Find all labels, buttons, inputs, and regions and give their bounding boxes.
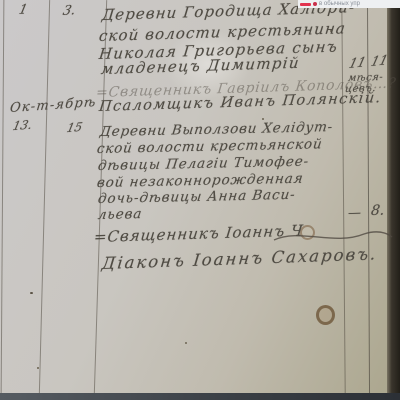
watermark-strip: в обычных упр [298, 0, 400, 8]
entry1-age-col1: 11 [347, 55, 367, 72]
photo-bottom-edge [0, 393, 400, 400]
ink-blot-spot [316, 305, 335, 325]
column-rule-left-edge [1, 0, 5, 394]
page-right-edge-shadow [387, 0, 400, 400]
column-rule-age-male [341, 0, 345, 394]
entry2-age-col2: 8. [370, 203, 385, 219]
entry2-death-day: 13. [11, 118, 33, 134]
paper-speck [30, 292, 33, 294]
metric-book-page-photo: в обычных упр 1 3. Ок-т-ябрѣ 13. 15 Дере… [0, 0, 400, 400]
entry2-age-col1: — [347, 206, 362, 221]
column-rule-age-female [367, 0, 370, 394]
entry1-death-day: 1 [17, 2, 29, 18]
entry1-burial-day: 3. [61, 3, 77, 19]
paper-speck [37, 367, 39, 369]
entry2-clergy-line: Діаконъ Іоаннъ Сахаровъ. [101, 244, 378, 273]
entry2-record-line: дочь-дѣвицы Анна Васи- [97, 187, 297, 207]
entry2-record-line: льева [97, 206, 143, 223]
watermark-text: в обычных упр [319, 1, 360, 7]
watermark-red-dot-icon [313, 2, 317, 6]
month-label: Ок-т-ябрѣ [9, 95, 97, 116]
column-rule-burial-day [39, 0, 50, 394]
entry2-burial-day: 15 [65, 120, 83, 135]
watermark-red-mark [300, 3, 311, 6]
paper-speck [185, 342, 187, 344]
